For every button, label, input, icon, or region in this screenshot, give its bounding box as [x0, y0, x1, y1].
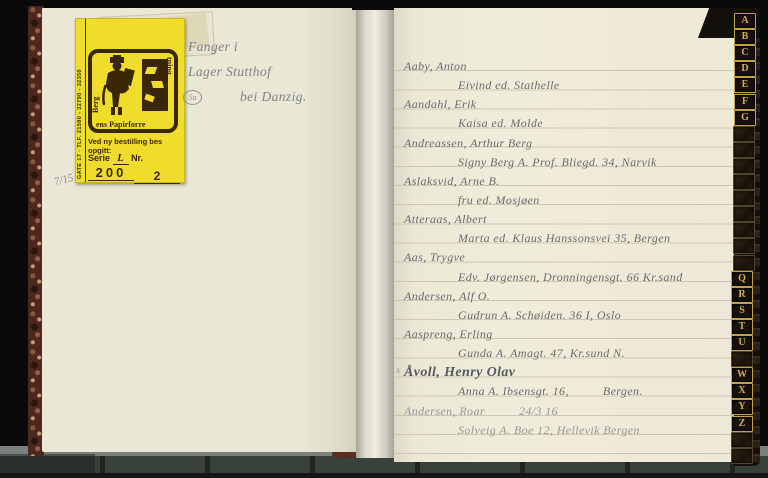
- index-tab-p: [733, 255, 755, 271]
- index-tab-e: E: [734, 77, 756, 93]
- nr-label: Nr.: [131, 153, 143, 163]
- index-tab-d: D: [734, 61, 756, 77]
- left-page: GATE 17 · TLF. 21590 - 32790 - 32350: [42, 8, 358, 452]
- ruled-lines: Aaby, AntonEivind ed. StathelleAandahl, …: [394, 52, 736, 454]
- entry-text: fru ed. Mosjøen: [458, 193, 540, 207]
- nr-value-2: 2: [134, 169, 180, 184]
- register-entry: Anna A. Ibsensgt. 16,Bergen.: [404, 382, 732, 401]
- index-tab-j: [733, 158, 755, 174]
- circled-page-note: 5a: [183, 90, 202, 105]
- gutter-top-shadow: [352, 4, 400, 10]
- margin-mark: x: [396, 361, 401, 380]
- index-tab-h: [733, 126, 755, 142]
- index-tab-z: Z: [731, 416, 753, 432]
- scanner-bed-edge: [0, 473, 768, 478]
- serie-label: Serie: [88, 153, 110, 163]
- entry-text: Anna A. Ibsensgt. 16,: [458, 384, 569, 398]
- entry-text: Atteraas, Albert: [404, 212, 487, 226]
- register-entry: Aslaksvid, Arne B.: [404, 172, 732, 191]
- entry-text: Edv. Jørgensen, Dronningensgt. 66 Kr.san…: [458, 270, 683, 284]
- entry-text: Andersen, Alf O.: [404, 289, 490, 303]
- logo-paper-shard: [151, 81, 164, 88]
- label-vertical-address: GATE 17 · TLF. 21590 - 32790 - 32350: [76, 19, 86, 182]
- register-entry: Solveig A. Boe 12, Hellevik Bergen: [404, 421, 732, 440]
- entry-text: Solveig A. Boe 12, Hellevik Bergen: [458, 423, 640, 437]
- entry-text: Aandahl, Erik: [404, 97, 477, 111]
- stationer-figure-icon: [96, 55, 140, 119]
- entry-note: Bergen.: [603, 384, 643, 398]
- book-gutter: [356, 8, 396, 458]
- entry-text: Eivind ed. Stathelle: [458, 78, 560, 92]
- entry-text: Åvoll, Henry Olav: [404, 365, 515, 380]
- scanned-book-spread: GATE 17 · TLF. 21590 - 32790 - 32350: [0, 0, 768, 478]
- entry-text: Aslaksvid, Arne B.: [404, 174, 500, 188]
- register-entry: Andersen, Alf O.: [404, 287, 732, 306]
- logo-border-text-bottom: ens Papirforre: [96, 120, 145, 129]
- register-entry: Aandahl, Erik: [404, 95, 732, 114]
- serie-value: L: [113, 152, 129, 165]
- register-entry: Signy Berg A. Prof. Bliegd. 34, Narvik: [404, 153, 732, 172]
- entry-note: 24/3 16: [519, 404, 558, 418]
- register-entry: Aaspreng, Erling: [404, 325, 732, 344]
- register-entry: Andreassen, Arthur Berg: [404, 134, 732, 153]
- index-tab-t: T: [731, 319, 753, 335]
- register-entry: Aas, Trygve: [404, 248, 732, 267]
- index-tab-r: R: [731, 287, 753, 303]
- stationer-label: GATE 17 · TLF. 21590 - 32790 - 32350: [75, 18, 185, 183]
- register-entry: Eivind ed. Stathelle: [404, 76, 732, 95]
- index-tab-x: X: [731, 383, 753, 399]
- index-tab-q: Q: [731, 271, 753, 287]
- entry-list: Aaby, AntonEivind ed. StathelleAandahl, …: [404, 57, 732, 440]
- entry-text: Gudrun A. Schøiden. 36 I, Oslo: [458, 308, 621, 322]
- entry-text: Signy Berg A. Prof. Bliegd. 34, Narvik: [458, 155, 657, 169]
- entry-text: Aaby, Anton: [404, 59, 467, 73]
- index-tab-w: W: [731, 367, 753, 383]
- index-tab-ø: [731, 448, 753, 464]
- register-entry: xÅvoll, Henry Olav: [404, 363, 732, 382]
- index-tab-c: C: [734, 45, 756, 61]
- logo-paper-shard: [144, 94, 155, 103]
- index-tab-a: A: [734, 13, 756, 29]
- entry-text: Andersen, Roar: [404, 404, 485, 418]
- register-entry: Andersen, Roar24/3 16: [404, 402, 732, 421]
- entry-text: Aaspreng, Erling: [404, 327, 493, 341]
- index-tab-l: [733, 190, 755, 206]
- index-tab-s: S: [731, 303, 753, 319]
- corner-pencil-number: 7/15: [53, 172, 75, 188]
- logo-border-text-left: Berg: [91, 97, 100, 113]
- index-tab-y: Y: [731, 399, 753, 415]
- index-tab-i: [733, 142, 755, 158]
- register-entry: Edv. Jørgensen, Dronningensgt. 66 Kr.san…: [404, 268, 732, 287]
- index-tab-v: [731, 351, 753, 367]
- register-entry: Kaisa ed. Molde: [404, 114, 732, 133]
- register-entry: Gudrun A. Schøiden. 36 I, Oslo: [404, 306, 732, 325]
- index-tab-u: U: [731, 335, 753, 351]
- index-tab-æ: [731, 432, 753, 448]
- index-tab-k: [733, 174, 755, 190]
- index-tab-f: F: [734, 94, 756, 110]
- entry-text: Andreassen, Arthur Berg: [404, 136, 532, 150]
- logo-border-text-right: tning: [165, 57, 174, 75]
- entry-text: Gunda A. Amagt. 47, Kr.sund N.: [458, 346, 625, 360]
- label-address-text: GATE 17 · TLF. 21590 - 32790 - 32350: [77, 69, 83, 179]
- index-tab-b: B: [734, 29, 756, 45]
- register-entry: Gunda A. Amagt. 47, Kr.sund N.: [404, 344, 732, 363]
- register-entry: Marta ed. Klaus Hanssonsvei 35, Bergen: [404, 229, 732, 248]
- index-tab-g: G: [734, 110, 756, 126]
- index-tab-m: [733, 206, 755, 222]
- logo-paper-shard: [145, 67, 158, 74]
- register-entry: Atteraas, Albert: [404, 210, 732, 229]
- register-page: Aaby, AntonEivind ed. StathelleAandahl, …: [394, 8, 736, 462]
- entry-text: Marta ed. Klaus Hanssonsvei 35, Bergen: [458, 231, 670, 245]
- register-entry: Aaby, Anton: [404, 57, 732, 76]
- entry-text: Aas, Trygve: [404, 250, 465, 264]
- index-tab-o: [733, 238, 755, 254]
- index-tab-n: [733, 222, 755, 238]
- register-entry: fru ed. Mosjøen: [404, 191, 732, 210]
- index-tabs: ABCDEFGQRSTUWXYZ: [731, 0, 757, 478]
- stationer-logo: Berg ens Papirforre tning: [88, 49, 178, 133]
- nr-value: 200: [88, 165, 134, 181]
- entry-text: Kaisa ed. Molde: [458, 116, 543, 130]
